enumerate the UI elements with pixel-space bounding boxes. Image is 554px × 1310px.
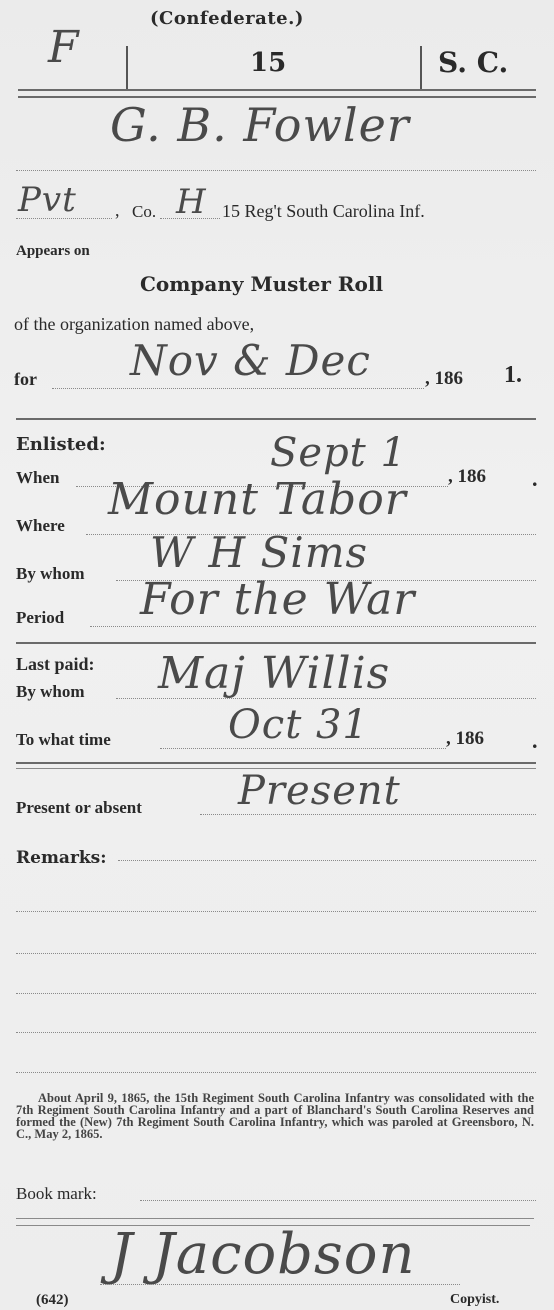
for-label: for — [14, 369, 37, 390]
form-number: (642) — [36, 1292, 69, 1309]
state-abbrev: S. C. — [438, 46, 508, 79]
header-rule-top — [18, 89, 536, 91]
when-year-end: . — [532, 466, 538, 492]
initial-mark: F — [48, 22, 80, 73]
to-what-time-line — [160, 748, 446, 749]
when-year: , 186 — [448, 466, 486, 488]
remarks-label: Remarks: — [16, 848, 107, 868]
company-label: Co. — [132, 202, 156, 222]
regiment-line: 15 Reg't South Carolina Inf. — [222, 201, 425, 222]
to-what-time-value: Oct 31 — [228, 702, 369, 748]
organization-text: of the organization named above, — [14, 314, 254, 335]
period-value: For the War — [140, 574, 415, 625]
remarks-line-5 — [16, 1032, 536, 1033]
confederate-title: (Confederate.) — [150, 8, 304, 29]
muster-roll-card: (Confederate.) F 15 S. C. G. B. Fowler P… — [0, 0, 554, 1310]
remarks-line-6 — [16, 1072, 536, 1073]
consolidation-footnote: About April 9, 1865, the 15th Regiment S… — [16, 1092, 534, 1140]
to-what-time-label: To what time — [16, 730, 111, 750]
period-line — [90, 626, 536, 627]
period-label: Period — [16, 608, 64, 628]
present-line — [200, 814, 536, 815]
roll-period-value: Nov & Dec — [130, 336, 371, 385]
where-label: Where — [16, 516, 65, 536]
book-mark-rule-1 — [16, 1218, 534, 1219]
book-mark-label: Book mark: — [16, 1184, 97, 1204]
header-divider-right — [420, 46, 422, 90]
remarks-line-3 — [16, 953, 536, 954]
book-mark-line — [140, 1200, 536, 1201]
rank-line — [16, 218, 112, 219]
when-value: Sept 1 — [270, 430, 407, 476]
appears-on-label: Appears on — [16, 243, 90, 260]
section-rule-1 — [16, 418, 536, 420]
paid-year-end: . — [532, 728, 538, 754]
copyist-label: Copyist. — [450, 1292, 499, 1308]
name-line — [16, 170, 536, 171]
for-line — [52, 388, 424, 389]
regiment-number: 15 — [250, 48, 286, 78]
remarks-line-4 — [16, 993, 536, 994]
present-label: Present or absent — [16, 798, 142, 818]
paid-by-whom-value: Maj Willis — [158, 648, 390, 699]
paid-by-whom-label: By whom — [16, 682, 84, 702]
enlisted-by-whom-value: W H Sims — [150, 528, 368, 577]
enlisted-by-whom-label: By whom — [16, 564, 84, 584]
enlisted-heading: Enlisted: — [16, 434, 106, 455]
roll-title: Company Muster Roll — [140, 272, 383, 296]
rank-value: Pvt — [18, 180, 77, 220]
roll-year-suffix: 1. — [504, 362, 522, 389]
copyist-line — [100, 1284, 460, 1285]
where-value: Mount Tabor — [108, 474, 407, 525]
when-label: When — [16, 468, 59, 488]
company-value: H — [176, 182, 207, 222]
header-divider-left — [126, 46, 128, 90]
copyist-signature: J Jacobson — [110, 1222, 416, 1287]
last-paid-heading: Last paid: — [16, 654, 95, 675]
section-rule-3a — [16, 762, 536, 764]
section-rule-2 — [16, 642, 536, 644]
soldier-name: G. B. Fowler — [110, 98, 410, 152]
rank-comma: , — [115, 200, 120, 221]
present-value: Present — [238, 768, 401, 814]
company-line — [160, 218, 220, 219]
paid-year: , 186 — [446, 728, 484, 750]
remarks-line-1 — [118, 860, 536, 861]
roll-year-prefix: , 186 — [425, 368, 463, 390]
remarks-line-2 — [16, 911, 536, 912]
